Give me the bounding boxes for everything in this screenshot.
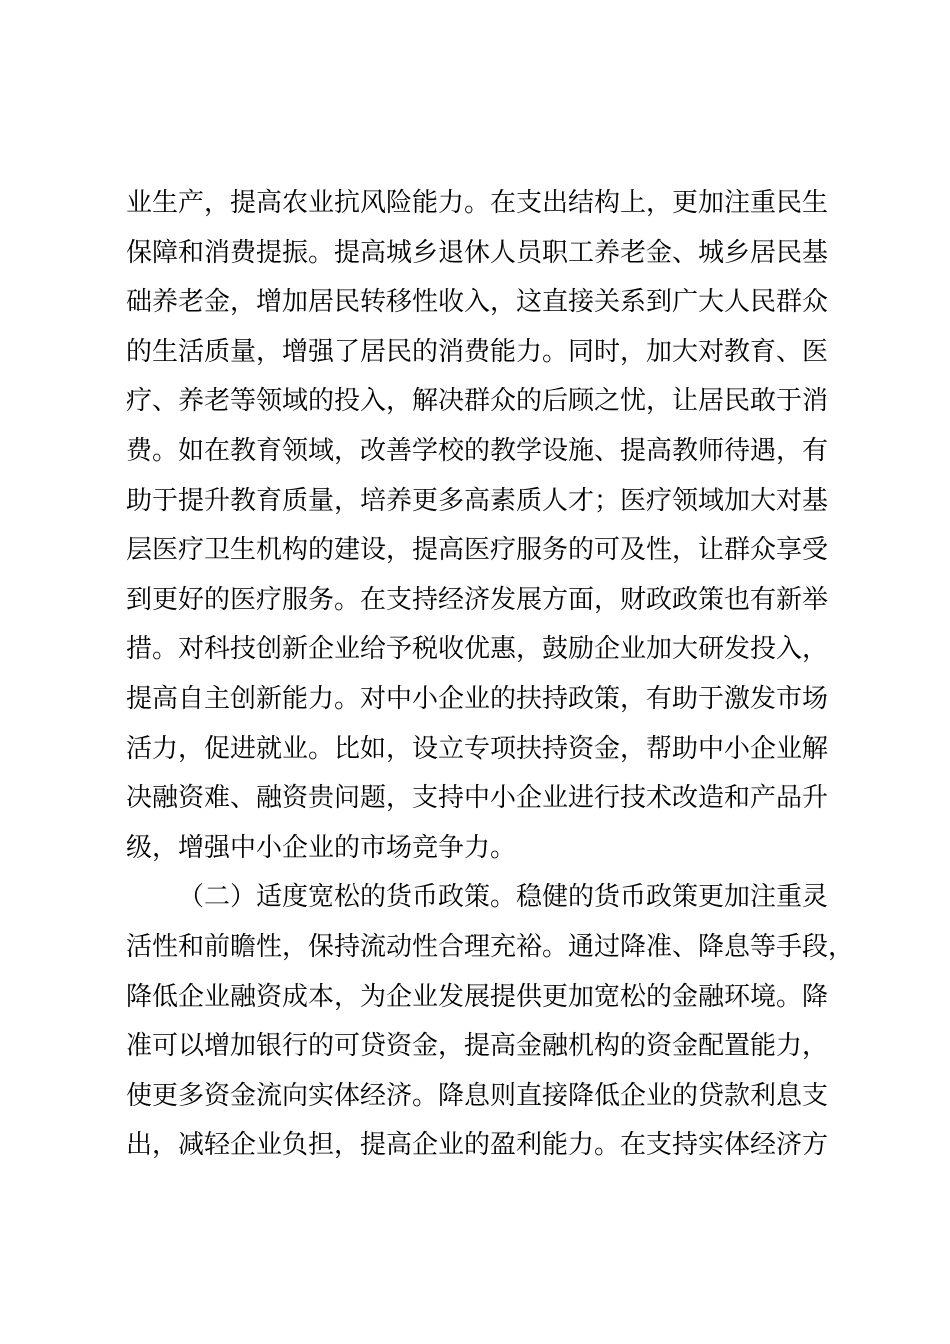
text-line-6: 费。如在教育领域，改善学校的教学设施、提高教师待遇，有 <box>126 426 828 476</box>
text-line-1: 业生产，提高农业抗风险能力。在支出结构上，更加注重民生 <box>126 178 828 228</box>
text-line-11: 提高自主创新能力。对中小企业的扶持政策，有助于激发市场 <box>126 674 828 724</box>
text-line-5: 疗、养老等领域的投入，解决群众的后顾之忧，让居民敢于消 <box>126 376 828 426</box>
paragraph-monetary-policy: （二）适度宽松的货币政策。稳健的货币政策更加注重灵 活性和前瞻性，保持流动性合理… <box>126 872 828 1170</box>
paragraph-fiscal-policy: 业生产，提高农业抗风险能力。在支出结构上，更加注重民生 保障和消费提振。提高城乡… <box>126 178 828 872</box>
text-line-8: 层医疗卫生机构的建设，提高医疗服务的可及性，让群众享受 <box>126 525 828 575</box>
text-line-2: 保障和消费提振。提高城乡退休人员职工养老金、城乡居民基 <box>126 228 828 278</box>
text-line-10: 措。对科技创新企业给予税收优惠，鼓励企业加大研发投入， <box>126 624 828 674</box>
text-line-7: 助于提升教育质量，培养更多高素质人才；医疗领域加大对基 <box>126 476 828 526</box>
text-line-9: 到更好的医疗服务。在支持经济发展方面，财政政策也有新举 <box>126 575 828 625</box>
text-line-14: 级，增强中小企业的市场竞争力。 <box>126 823 828 873</box>
text-line-15: （二）适度宽松的货币政策。稳健的货币政策更加注重灵 <box>126 872 828 922</box>
text-line-17: 降低企业融资成本，为企业发展提供更加宽松的金融环境。降 <box>126 972 828 1022</box>
document-text-block: 业生产，提高农业抗风险能力。在支出结构上，更加注重民生 保障和消费提振。提高城乡… <box>126 178 828 1170</box>
text-line-16: 活性和前瞻性，保持流动性合理充裕。通过降准、降息等手段， <box>126 922 828 972</box>
text-line-4: 的生活质量，增强了居民的消费能力。同时，加大对教育、医 <box>126 327 828 377</box>
text-line-19: 使更多资金流向实体经济。降息则直接降低企业的贷款利息支 <box>126 1071 828 1121</box>
text-line-20: 出，减轻企业负担，提高企业的盈利能力。在支持实体经济方 <box>126 1120 828 1170</box>
text-line-13: 决融资难、融资贵问题，支持中小企业进行技术改造和产品升 <box>126 773 828 823</box>
text-line-12: 活力，促进就业。比如，设立专项扶持资金，帮助中小企业解 <box>126 724 828 774</box>
text-line-3: 础养老金，增加居民转移性收入，这直接关系到广大人民群众 <box>126 277 828 327</box>
document-page: 业生产，提高农业抗风险能力。在支出结构上，更加注重民生 保障和消费提振。提高城乡… <box>0 0 950 1344</box>
text-line-18: 准可以增加银行的可贷资金，提高金融机构的资金配置能力， <box>126 1021 828 1071</box>
